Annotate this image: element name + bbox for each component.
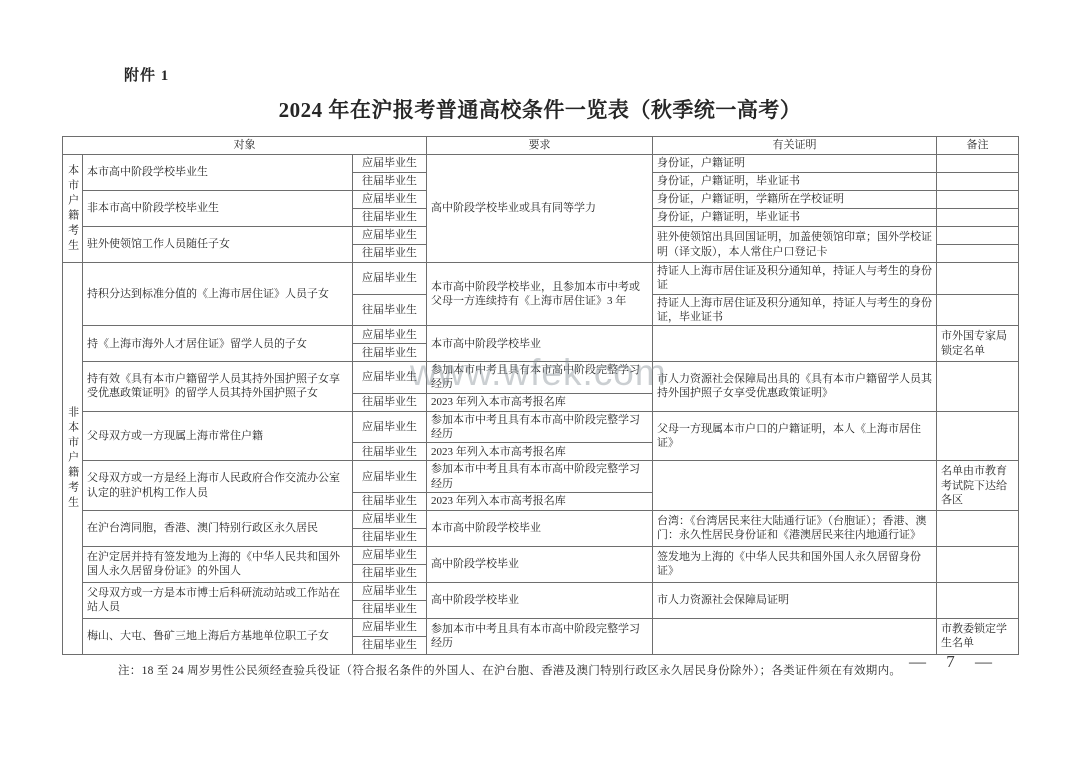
- remark-cell: [937, 362, 1019, 412]
- grad-type-cell: 应届毕业生: [353, 362, 427, 394]
- certificate-cell: 台湾：《台湾居民来往大陆通行证》（台胞证）；香港、澳门：永久性居民身份证和《港澳…: [653, 510, 937, 546]
- attachment-label: 附件 1: [124, 0, 1080, 85]
- certificate-cell: [653, 326, 937, 362]
- grad-type-cell: 应届毕业生: [353, 546, 427, 564]
- requirement-cell: 参加本市中考且具有本市高中阶段完整学习经历: [427, 362, 653, 394]
- page-number: — 7 —: [909, 652, 992, 672]
- requirement-cell: 本市高中阶段学校毕业: [427, 510, 653, 546]
- column-header: 有关证明: [653, 137, 937, 155]
- grad-type-cell: 往届毕业生: [353, 173, 427, 191]
- grad-type-cell: 往届毕业生: [353, 600, 427, 618]
- requirement-cell: 参加本市中考且具有本市高中阶段完整学习经历: [427, 618, 653, 654]
- remark-cell: [937, 227, 1019, 245]
- remark-cell: [937, 155, 1019, 173]
- table-row: 父母双方或一方是经上海市人民政府合作交流办公室认定的驻沪机构工作人员应届毕业生参…: [63, 461, 1019, 493]
- table-row: 持有效《具有本市户籍留学人员其持外国护照子女享受优惠政策证明》的留学人员其持外国…: [63, 362, 1019, 394]
- grad-type-cell: 应届毕业生: [353, 227, 427, 245]
- page-title: 2024 年在沪报考普通高校条件一览表（秋季统一高考）: [0, 94, 1080, 124]
- requirement-cell: 高中阶段学校毕业: [427, 546, 653, 582]
- candidate-group-label: 非本市户籍考生: [63, 263, 83, 655]
- certificate-cell: [653, 461, 937, 511]
- grad-type-cell: 应届毕业生: [353, 155, 427, 173]
- grad-type-cell: 往届毕业生: [353, 294, 427, 326]
- table-row: 在沪台湾同胞，香港、澳门特别行政区永久居民应届毕业生本市高中阶段学校毕业台湾：《…: [63, 510, 1019, 528]
- certificate-cell: 持证人上海市居住证及积分通知单，持证人与考生的身份证，毕业证书: [653, 294, 937, 326]
- object-cell: 持有效《具有本市户籍留学人员其持外国护照子女享受优惠政策证明》的留学人员其持外国…: [83, 362, 353, 412]
- table-row: 父母双方或一方现属上海市常住户籍应届毕业生参加本市中考且具有本市高中阶段完整学习…: [63, 411, 1019, 443]
- grad-type-cell: 应届毕业生: [353, 191, 427, 209]
- remark-cell: 名单由市教育考试院下达给各区: [937, 461, 1019, 511]
- requirement-cell: 参加本市中考且具有本市高中阶段完整学习经历: [427, 411, 653, 443]
- grad-type-cell: 应届毕业生: [353, 263, 427, 295]
- table-row: 持《上海市海外人才居住证》留学人员的子女应届毕业生本市高中阶段学校毕业市外国专家…: [63, 326, 1019, 344]
- object-cell: 在沪台湾同胞，香港、澳门特别行政区永久居民: [83, 510, 353, 546]
- remark-cell: [937, 294, 1019, 326]
- grad-type-cell: 往届毕业生: [353, 209, 427, 227]
- candidate-group-label: 本市户籍考生: [63, 155, 83, 263]
- certificate-cell: 市人力资源社会保障局出具的《具有本市户籍留学人员其持外国护照子女享受优惠政策证明…: [653, 362, 937, 412]
- certificate-cell: 持证人上海市居住证及积分通知单，持证人与考生的身份证: [653, 263, 937, 295]
- table-header: 对象要求有关证明备注: [63, 137, 1019, 155]
- remark-cell: 市教委锁定学生名单: [937, 618, 1019, 654]
- grad-type-cell: 往届毕业生: [353, 344, 427, 362]
- certificate-cell: 身份证，户籍证明: [653, 155, 937, 173]
- remark-cell: [937, 209, 1019, 227]
- object-cell: 非本市高中阶段学校毕业生: [83, 191, 353, 227]
- requirement-cell: 参加本市中考且具有本市高中阶段完整学习经历: [427, 461, 653, 493]
- remark-cell: [937, 173, 1019, 191]
- grad-type-cell: 往届毕业生: [353, 492, 427, 510]
- grad-type-cell: 应届毕业生: [353, 510, 427, 528]
- certificate-cell: 驻外使领馆出具回国证明，加盖使领馆印章；国外学校证明（译文版），本人常住户口登记…: [653, 227, 937, 263]
- table-row: 父母双方或一方是本市博士后科研流动站或工作站在站人员应届毕业生高中阶段学校毕业市…: [63, 582, 1019, 600]
- grad-type-cell: 应届毕业生: [353, 582, 427, 600]
- requirement-cell: 高中阶段学校毕业或具有同等学力: [427, 155, 653, 263]
- remark-cell: [937, 546, 1019, 582]
- object-cell: 父母双方或一方现属上海市常住户籍: [83, 411, 353, 461]
- certificate-cell: 身份证，户籍证明，毕业证书: [653, 173, 937, 191]
- remark-cell: [937, 411, 1019, 461]
- remark-cell: [937, 582, 1019, 618]
- remark-cell: [937, 510, 1019, 546]
- grad-type-cell: 应届毕业生: [353, 411, 427, 443]
- object-cell: 本市高中阶段学校毕业生: [83, 155, 353, 191]
- remark-cell: 市外国专家局锁定名单: [937, 326, 1019, 362]
- column-header: 要求: [427, 137, 653, 155]
- requirement-cell: 2023 年列入本市高考报名库: [427, 393, 653, 411]
- column-header: 对象: [63, 137, 427, 155]
- grad-type-cell: 往届毕业生: [353, 636, 427, 654]
- certificate-cell: 身份证，户籍证明，毕业证书: [653, 209, 937, 227]
- grad-type-cell: 往届毕业生: [353, 564, 427, 582]
- requirement-cell: 高中阶段学校毕业: [427, 582, 653, 618]
- remark-cell: [937, 263, 1019, 295]
- certificate-cell: 身份证，户籍证明，学籍所在学校证明: [653, 191, 937, 209]
- table-row: 本市户籍考生本市高中阶段学校毕业生应届毕业生高中阶段学校毕业或具有同等学力身份证…: [63, 155, 1019, 173]
- remark-cell: [937, 245, 1019, 263]
- object-cell: 驻外使领馆工作人员随任子女: [83, 227, 353, 263]
- object-cell: 持积分达到标准分值的《上海市居住证》人员子女: [83, 263, 353, 326]
- table-row: 在沪定居并持有签发地为上海的《中华人民共和国外国人永久居留身份证》的外国人应届毕…: [63, 546, 1019, 564]
- grad-type-cell: 往届毕业生: [353, 245, 427, 263]
- object-cell: 父母双方或一方是本市博士后科研流动站或工作站在站人员: [83, 582, 353, 618]
- table-row: 梅山、大屯、鲁矿三地上海后方基地单位职工子女应届毕业生参加本市中考且具有本市高中…: [63, 618, 1019, 636]
- object-cell: 在沪定居并持有签发地为上海的《中华人民共和国外国人永久居留身份证》的外国人: [83, 546, 353, 582]
- grad-type-cell: 应届毕业生: [353, 326, 427, 344]
- object-cell: 持《上海市海外人才居住证》留学人员的子女: [83, 326, 353, 362]
- certificate-cell: 签发地为上海的《中华人民共和国外国人永久居留身份证》: [653, 546, 937, 582]
- column-header: 备注: [937, 137, 1019, 155]
- table-body: 本市户籍考生本市高中阶段学校毕业生应届毕业生高中阶段学校毕业或具有同等学力身份证…: [63, 155, 1019, 655]
- grad-type-cell: 应届毕业生: [353, 618, 427, 636]
- requirement-cell: 2023 年列入本市高考报名库: [427, 443, 653, 461]
- requirement-cell: 本市高中阶段学校毕业，且参加本市中考或父母一方连续持有《上海市居住证》3 年: [427, 263, 653, 326]
- table-row: 非本市户籍考生持积分达到标准分值的《上海市居住证》人员子女应届毕业生本市高中阶段…: [63, 263, 1019, 295]
- remark-cell: [937, 191, 1019, 209]
- requirement-cell: 本市高中阶段学校毕业: [427, 326, 653, 362]
- object-cell: 父母双方或一方是经上海市人民政府合作交流办公室认定的驻沪机构工作人员: [83, 461, 353, 511]
- object-cell: 梅山、大屯、鲁矿三地上海后方基地单位职工子女: [83, 618, 353, 654]
- grad-type-cell: 往届毕业生: [353, 393, 427, 411]
- grad-type-cell: 往届毕业生: [353, 528, 427, 546]
- document-page: 附件 1 2024 年在沪报考普通高校条件一览表（秋季统一高考） 对象要求有关证…: [0, 0, 1080, 764]
- grad-type-cell: 往届毕业生: [353, 443, 427, 461]
- certificate-cell: [653, 618, 937, 654]
- certificate-cell: 市人力资源社会保障局证明: [653, 582, 937, 618]
- eligibility-table: 对象要求有关证明备注 本市户籍考生本市高中阶段学校毕业生应届毕业生高中阶段学校毕…: [62, 136, 1019, 655]
- grad-type-cell: 应届毕业生: [353, 461, 427, 493]
- requirement-cell: 2023 年列入本市高考报名库: [427, 492, 653, 510]
- certificate-cell: 父母一方现属本市户口的户籍证明，本人《上海市居住证》: [653, 411, 937, 461]
